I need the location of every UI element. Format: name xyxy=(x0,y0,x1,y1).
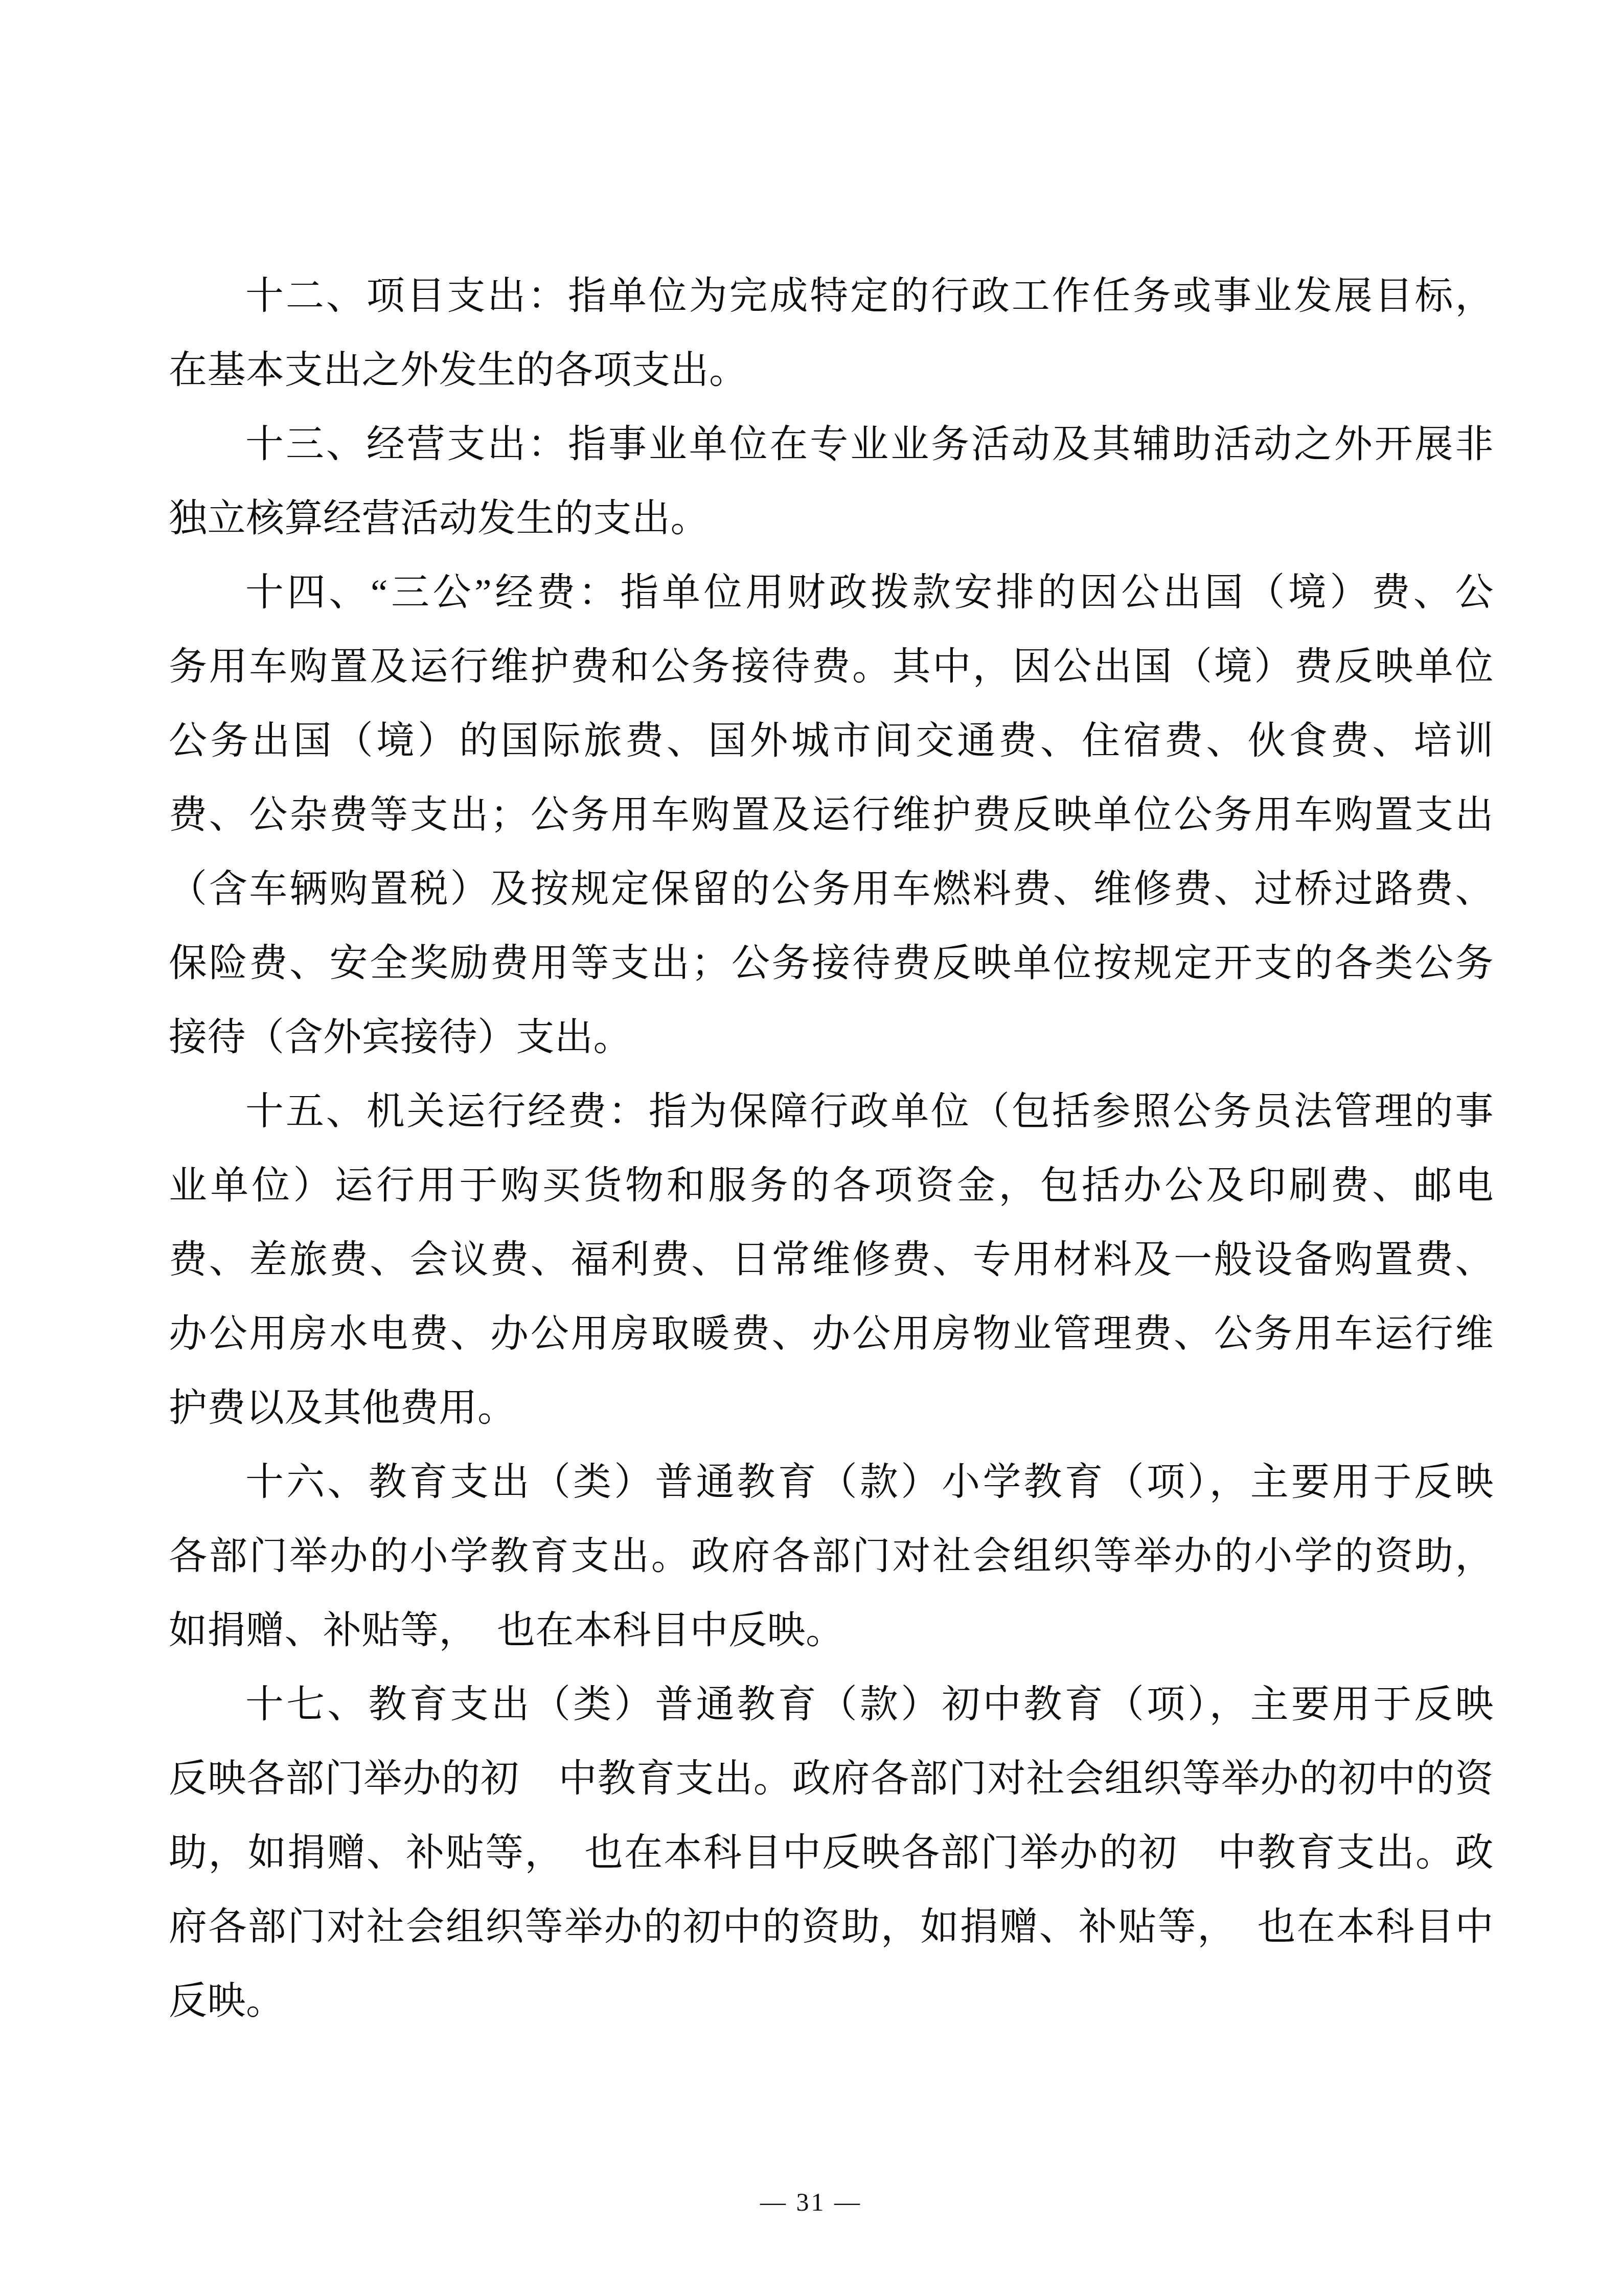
text-line: 如捐赠、补贴等， 也在本科目中反映。 xyxy=(169,1594,1494,1668)
text-line: 十六、教育支出（类）普通教育（款）小学教育（项），主要用于反映 xyxy=(169,1445,1494,1519)
text-line: 十二、项目支出：指单位为完成特定的行政工作任务或事业发展目标， xyxy=(169,259,1494,333)
text-line: 务用车购置及运行维护费和公务接待费。其中，因公出国（境）费反映单位 xyxy=(169,630,1494,704)
text-line: 费、公杂费等支出；公务用车购置及运行维护费反映单位公务用车购置支出 xyxy=(169,778,1494,852)
text-line: 助，如捐赠、补贴等， 也在本科目中反映各部门举办的初 中教育支出。政 xyxy=(169,1816,1494,1890)
text-line: 反映。 xyxy=(169,1964,1494,2038)
text-line: 府各部门对社会组织等举办的初中的资助，如捐赠、补贴等， 也在本科目中 xyxy=(169,1890,1494,1964)
text-line: （含车辆购置税）及按规定保留的公务用车燃料费、维修费、过桥过路费、 xyxy=(169,852,1494,926)
text-line: 各部门举办的小学教育支出。政府各部门对社会组织等举办的小学的资助， xyxy=(169,1519,1494,1594)
text-line: 接待（含外宾接待）支出。 xyxy=(169,1001,1494,1075)
text-line: 公务出国（境）的国际旅费、国外城市间交通费、住宿费、伙食费、培训 xyxy=(169,704,1494,778)
text-line: 十五、机关运行经费：指为保障行政单位（包括参照公务员法管理的事 xyxy=(169,1075,1494,1149)
text-line: 护费以及其他费用。 xyxy=(169,1371,1494,1445)
document-body: 十二、项目支出：指单位为完成特定的行政工作任务或事业发展目标， 在基本支出之外发… xyxy=(169,259,1494,2038)
text-line: 办公用房水电费、办公用房取暖费、办公用房物业管理费、公务用车运行维 xyxy=(169,1297,1494,1371)
page-number: — 31 — xyxy=(0,2184,1622,2220)
text-line: 在基本支出之外发生的各项支出。 xyxy=(169,333,1494,407)
text-line: 十七、教育支出（类）普通教育（款）初中教育（项），主要用于反映 xyxy=(169,1668,1494,1742)
text-line: 保险费、安全奖励费用等支出；公务接待费反映单位按规定开支的各类公务 xyxy=(169,926,1494,1001)
text-line: 十三、经营支出：指事业单位在专业业务活动及其辅助活动之外开展非 xyxy=(169,407,1494,482)
text-line: 独立核算经营活动发生的支出。 xyxy=(169,482,1494,556)
text-line: 业单位）运行用于购买货物和服务的各项资金，包括办公及印刷费、邮电 xyxy=(169,1149,1494,1223)
text-line: 十四、“三公”经费：指单位用财政拨款安排的因公出国（境）费、公 xyxy=(169,556,1494,630)
text-line: 费、差旅费、会议费、福利费、日常维修费、专用材料及一般设备购置费、 xyxy=(169,1223,1494,1297)
text-line: 反映各部门举办的初 中教育支出。政府各部门对社会组织等举办的初中的资 xyxy=(169,1742,1494,1816)
document-page: 十二、项目支出：指单位为完成特定的行政工作任务或事业发展目标， 在基本支出之外发… xyxy=(0,0,1622,2296)
